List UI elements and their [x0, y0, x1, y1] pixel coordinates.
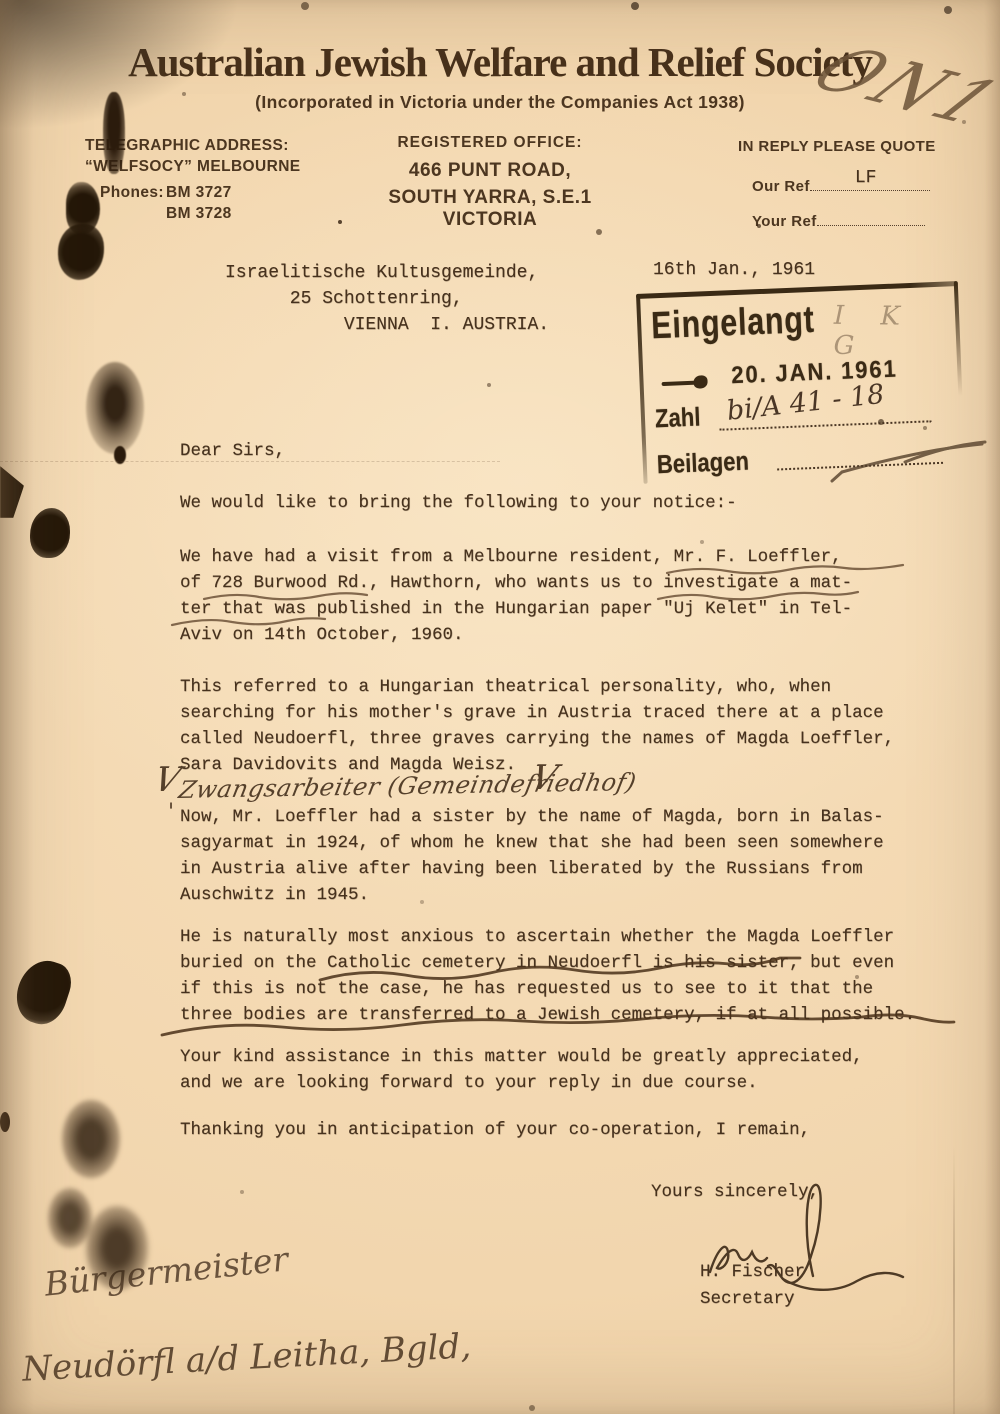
phone-number-2: BM 3728 [166, 205, 232, 223]
stamp-beilagen-line [776, 440, 943, 471]
ink-blot [58, 224, 104, 280]
ink-stain [86, 1206, 148, 1290]
intro-line: We would like to bring the following to … [180, 493, 737, 513]
ink-stain [48, 1188, 92, 1248]
signature-handwriting [655, 1172, 905, 1307]
our-ref-label: Our Ref [752, 178, 810, 195]
stamp-border-top [636, 281, 958, 299]
paragraph-5: Your kind assistance in this matter woul… [180, 1044, 863, 1096]
letter-date: 16th Jan., 1961 [653, 260, 815, 280]
stamp-zahl-line: bi/A 41 - 18 [718, 394, 931, 430]
scan-shadow-right-edge [984, 0, 1000, 1414]
our-ref-row: Our Ref LF [752, 176, 930, 196]
footer-handwriting-2: Neudörfl a/d Leitha, Bgld, [21, 1326, 472, 1389]
phones-label: Phones: [100, 184, 164, 202]
fold-line-vertical [953, 1145, 955, 1414]
scanned-letter-page: Australian Jewish Welfare and Relief Soc… [0, 0, 1000, 1414]
paragraph-3: Now, Mr. Loeffler had a sister by the na… [180, 804, 884, 908]
ink-stain [62, 1100, 120, 1178]
recipient-address: Israelitische Kultusgemeinde, 25 Schotte… [225, 260, 549, 338]
salutation: Dear Sirs, [180, 441, 285, 461]
registered-office-address-1: 466 PUNT ROAD, [355, 160, 625, 182]
your-ref-line [817, 211, 925, 226]
signatory-title: Secretary [700, 1289, 795, 1309]
ink-blot [86, 362, 144, 454]
fold-line-horizontal [0, 461, 500, 462]
paragraph-6: Thanking you in anticipation of your co-… [180, 1120, 810, 1140]
ink-blot [30, 508, 70, 558]
stamp-zahl-label: Zahl [654, 402, 701, 435]
stamp-received-label: Eingelangt [650, 299, 815, 349]
registered-office-label: REGISTERED OFFICE: [355, 134, 625, 152]
signatory-name: H. Fischer [700, 1262, 805, 1282]
stamp-beilagen-label: Beilagen [656, 446, 749, 481]
our-ref-line: LF [810, 176, 930, 191]
stamp-received-initials: I K G [833, 301, 962, 363]
registered-office-address-2: SOUTH YARRA, S.E.1 VICTORIA [340, 187, 640, 231]
your-ref-row: Your Ref [752, 211, 925, 231]
phone-number-1: BM 3727 [166, 184, 232, 202]
stamp-border-left [636, 294, 648, 484]
arrow-icon [661, 377, 707, 389]
received-stamp: Eingelangt I K G 20. JAN. 1961 Zahl bi/A… [636, 281, 968, 490]
your-ref-label: Your Ref [752, 213, 817, 230]
scan-shadow-corner [0, 0, 240, 130]
scan-shadow-left-edge [0, 0, 34, 1414]
reply-quote-heading: IN REPLY PLEASE QUOTE [738, 138, 936, 155]
paragraph-1: We have had a visit from a Melbourne res… [180, 544, 852, 648]
paragraph-4: He is naturally most anxious to ascertai… [180, 924, 915, 1028]
footer-handwriting-1: Bürgermeister [43, 1239, 290, 1303]
our-ref-value: LF [855, 168, 877, 188]
handwritten-tick: ' [168, 800, 174, 825]
